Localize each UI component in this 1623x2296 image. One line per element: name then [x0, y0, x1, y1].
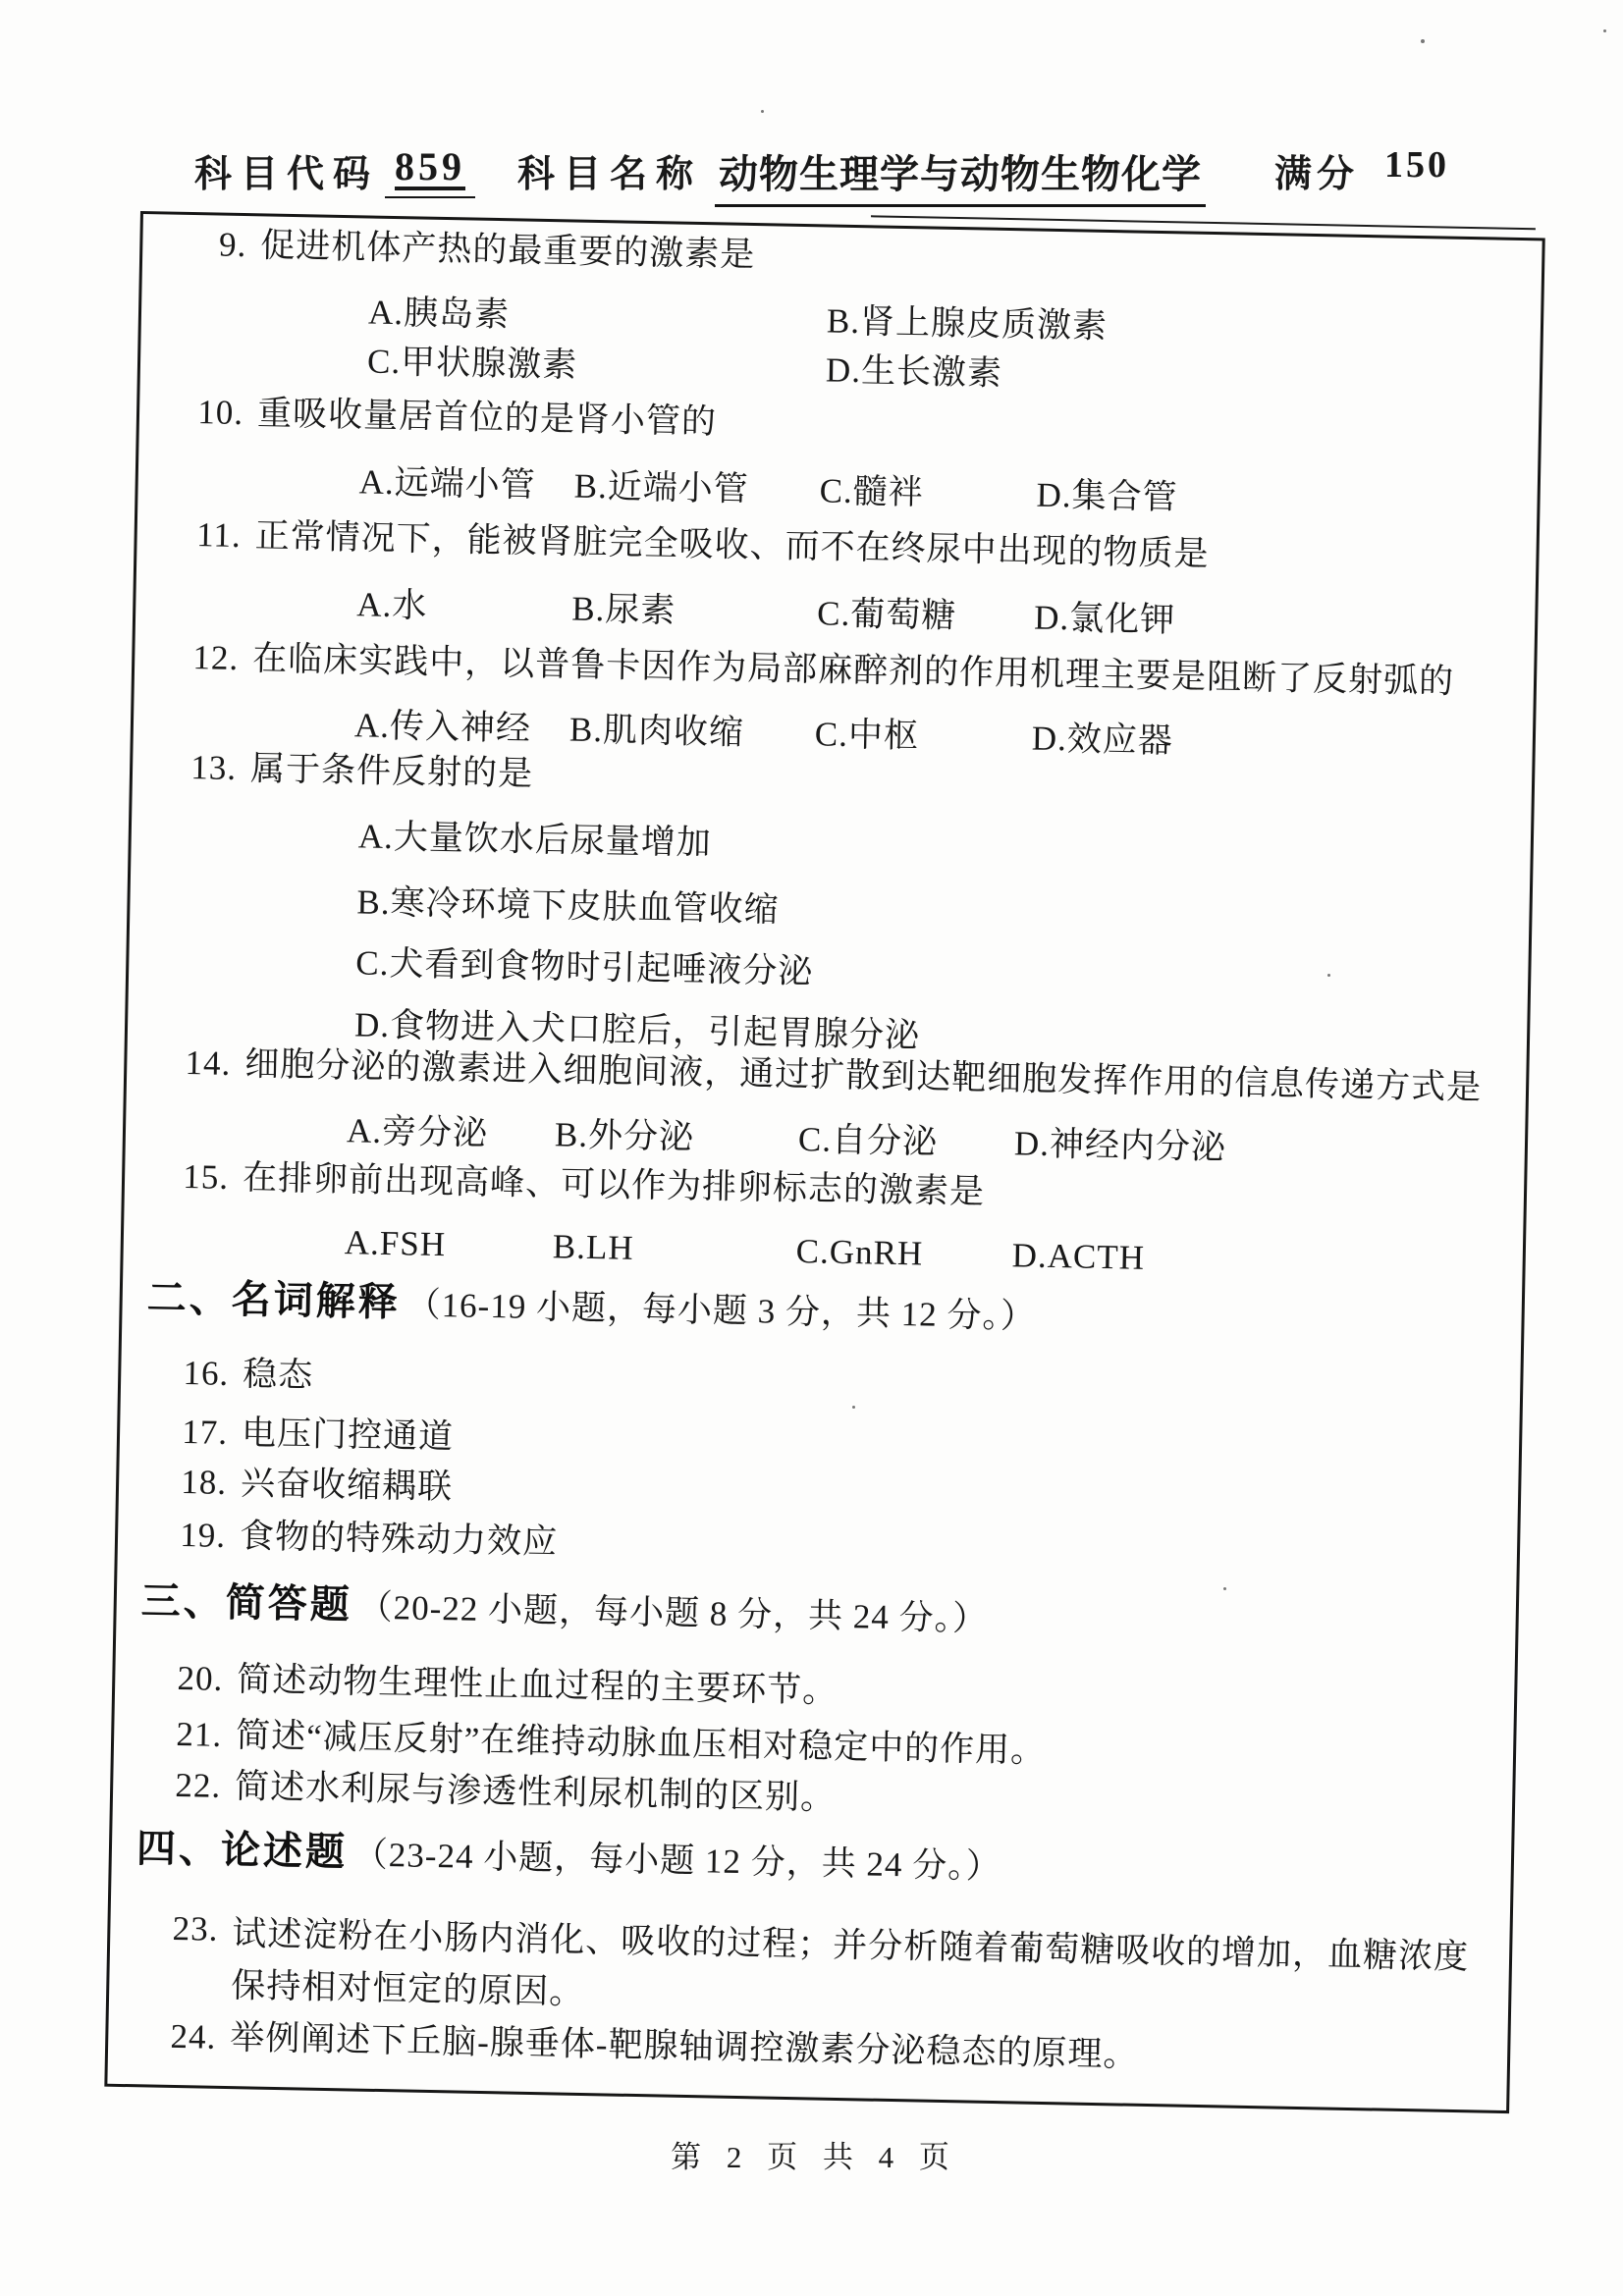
- item-16: 16. 稳态: [182, 1351, 1499, 1421]
- subject-name-value: 动物生理学与动物生物化学: [715, 143, 1206, 207]
- question-number: 16.: [182, 1351, 230, 1397]
- question-number: 12.: [191, 635, 240, 681]
- full-score-value: 150: [1384, 143, 1449, 187]
- option-a: A.远端小管: [358, 459, 536, 507]
- question-13-option-b: B.寒冷环境下皮肤血管收缩: [131, 876, 1530, 902]
- question-number: 11.: [193, 512, 242, 559]
- question-13-option-d: D.食物进入犬口腔后，引起胃腺分泌: [129, 998, 1528, 1025]
- option-a: A.胰岛素: [368, 290, 511, 338]
- question-number: 22.: [174, 1763, 222, 1809]
- question-text: 简述“减压反射”在维持动脉血压相对稳定中的作用。: [236, 1713, 1047, 1774]
- question-number: 21.: [175, 1712, 223, 1758]
- option-c: C.中枢: [814, 712, 919, 759]
- question-14-options: A.旁分泌 B.外分泌 C.自分泌 D.神经内分泌: [127, 1104, 1526, 1131]
- section-title: 四、论述题: [136, 1826, 349, 1875]
- option-a: A.旁分泌: [347, 1108, 489, 1156]
- question-number: 15.: [182, 1154, 230, 1201]
- question-13-option-a: A.大量饮水后尿量增加: [132, 810, 1531, 836]
- question-number: 17.: [181, 1410, 229, 1456]
- question-number: 10.: [196, 390, 244, 436]
- section-title: 三、简答题: [140, 1578, 352, 1628]
- section-heading-2: 二、名词解释 （16-19 小题，每小题 3 分，共 12 分。）: [146, 1275, 1546, 1349]
- section-title: 二、名词解释: [146, 1275, 401, 1325]
- option-c: C.甲状腺激素: [367, 339, 578, 388]
- full-score-label: 满分: [1274, 143, 1359, 197]
- section-heading-4: 四、论述题 （23-24 小题，每小题 12 分，共 24 分。）: [135, 1826, 1536, 1899]
- option-a: A.FSH: [344, 1220, 446, 1267]
- option-b: B.肌肉收缩: [568, 707, 744, 755]
- option-d: D.神经内分泌: [1013, 1121, 1226, 1170]
- page-footer: 第 2 页 共 4 页: [0, 2132, 1623, 2176]
- question-12: 12. 在临床实践中，以普鲁卡因作为局部麻醉剂的作用机理主要是阻断了反射弧的: [191, 635, 1513, 706]
- question-stem: 属于条件反射的是: [250, 746, 534, 797]
- option-b: B.外分泌: [555, 1112, 695, 1160]
- question-10: 10. 重吸收量居首位的是肾小管的: [196, 390, 1518, 460]
- question-9-options-row1: A.胰岛素 B.肾上腺皮质激素: [142, 286, 1542, 312]
- option-b: B.LH: [552, 1224, 634, 1271]
- option-a: A.水: [356, 582, 428, 628]
- section-note: （23-24 小题，每小题 12 分，共 24 分。）: [352, 1832, 1001, 1890]
- question-9: 9. 促进机体产热的最重要的激素是: [199, 222, 1521, 293]
- question-text: 简述水利尿与渗透性利尿机制的区别。: [235, 1764, 837, 1821]
- scan-speck: [1421, 39, 1425, 43]
- question-number: 24.: [169, 2014, 217, 2060]
- exam-content-box: 9. 促进机体产热的最重要的激素是 A.胰岛素 B.肾上腺皮质激素 C.甲状腺激…: [104, 211, 1544, 2113]
- question-stem: 重吸收量居首位的是肾小管的: [257, 391, 718, 445]
- question-stem: 在排卵前出现高峰、可以作为排卵标志的激素是: [243, 1155, 986, 1215]
- question-11: 11. 正常情况下，能被肾脏完全吸收、而不在终尿中出现的物质是: [193, 512, 1515, 583]
- question-number: 18.: [180, 1460, 228, 1506]
- item-23: 23. 试述淀粉在小肠内消化、吸收的过程；并分析随着葡萄糖吸收的增加，血糖浓度保…: [170, 1906, 1488, 2036]
- option-c: C.自分泌: [798, 1117, 939, 1165]
- question-text: 稳态: [243, 1352, 314, 1398]
- option-d: D.生长激素: [826, 347, 1003, 396]
- option-d: D.氯化钾: [1034, 596, 1176, 644]
- question-text: 电压门控通道: [242, 1411, 455, 1460]
- section-note: （20-22 小题，每小题 8 分，共 24 分。）: [357, 1585, 988, 1642]
- question-15: 15. 在排卵前出现高峰、可以作为排卵标志的激素是: [182, 1154, 1503, 1225]
- option-c: C.葡萄糖: [817, 591, 957, 639]
- question-13-option-c: C.犬看到食物时引起唾液分泌: [130, 936, 1529, 963]
- page: 科目代码 859 科目名称 动物生理学与动物生物化学 满分 150 9. 促进机…: [0, 0, 1623, 2296]
- question-stem: 促进机体产热的最重要的激素是: [260, 223, 756, 278]
- question-text: 简述动物生理性止血过程的主要环节。: [237, 1657, 839, 1714]
- section-note: （16-19 小题，每小题 3 分，共 12 分。）: [406, 1282, 1036, 1339]
- option-b: B.尿素: [571, 587, 676, 634]
- option-b: B.寒冷环境下皮肤血管收缩: [356, 880, 780, 933]
- option-d: D.效应器: [1031, 717, 1173, 765]
- question-stem: 正常情况下，能被肾脏完全吸收、而不在终尿中出现的物质是: [254, 513, 1210, 577]
- option-a: A.传入神经: [354, 703, 532, 751]
- question-number: 19.: [179, 1513, 227, 1559]
- option-d: D.ACTH: [1011, 1233, 1145, 1281]
- question-stem: 在临床实践中，以普鲁卡因作为局部麻醉剂的作用机理主要是阻断了反射弧的: [252, 636, 1455, 704]
- option-c: C.犬看到食物时引起唾液分泌: [355, 940, 814, 994]
- option-a: A.大量饮水后尿量增加: [357, 814, 712, 866]
- subject-name-label: 科目名称: [517, 143, 702, 197]
- question-12-options: A.传入神经 B.肌肉收缩 C.中枢 D.效应器: [134, 699, 1533, 725]
- question-number: 23.: [171, 1906, 219, 1952]
- section-heading-3: 三、简答题 （20-22 小题，每小题 8 分，共 24 分。）: [140, 1578, 1541, 1652]
- question-11-options: A.水 B.尿素 C.葡萄糖 D.氯化钾: [136, 578, 1536, 605]
- option-d: D.集合管: [1036, 473, 1178, 521]
- question-10-options: A.远端小管 B.近端小管 C.髓袢 D.集合管: [138, 455, 1538, 482]
- option-c: C.GnRH: [795, 1229, 923, 1276]
- option-b: B.近端小管: [573, 464, 749, 512]
- question-number: 13.: [189, 745, 238, 791]
- question-text: 食物的特殊动力效应: [240, 1514, 559, 1565]
- option-c: C.髓袢: [819, 468, 924, 515]
- question-number: 14.: [184, 1041, 232, 1087]
- subject-code-label: 科目代码: [194, 143, 379, 197]
- question-text: 兴奋收缩耦联: [241, 1461, 454, 1510]
- scan-speck: [1603, 29, 1606, 32]
- page-number-text: 第 2 页 共 4 页: [671, 2140, 952, 2174]
- question-number: 9.: [199, 222, 247, 268]
- subject-code-value: 859: [385, 143, 475, 198]
- scan-line-artifact: [871, 215, 1536, 230]
- option-b: B.肾上腺皮质激素: [827, 298, 1109, 348]
- question-number: 20.: [176, 1656, 224, 1702]
- question-text: 试述淀粉在小肠内消化、吸收的过程；并分析随着葡萄糖吸收的增加，血糖浓度保持相对恒…: [231, 1907, 1488, 2036]
- scan-speck: [761, 110, 764, 113]
